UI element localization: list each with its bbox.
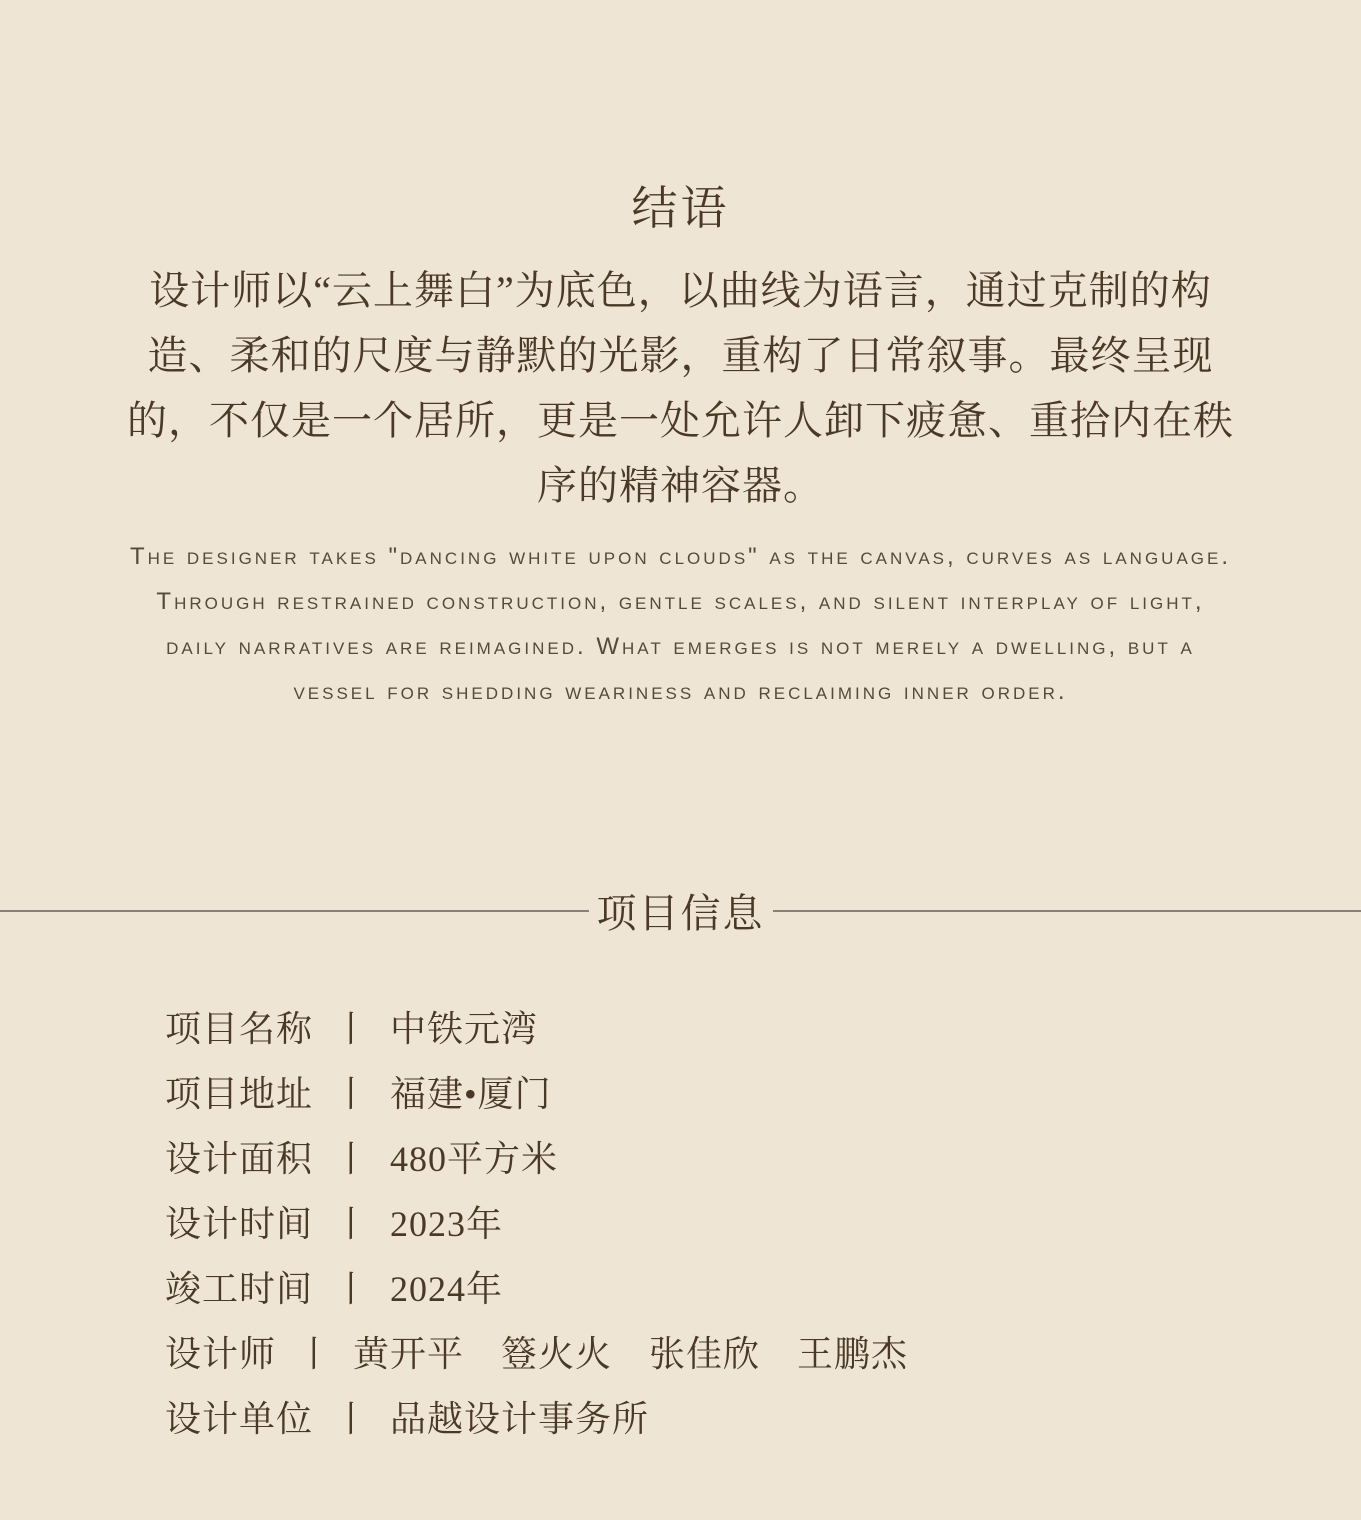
project-info-section-title: 项目信息 [597,882,765,939]
info-label: 项目名称 [165,1009,313,1049]
conclusion-paragraph-cn: 设计师以“云上舞白”为底色，以曲线为语言，通过克制的构造、柔和的尺度与静默的光影… [120,258,1242,518]
project-info-divider: 项目信息 [0,882,1361,939]
info-separator: 丨 [333,1009,370,1049]
info-value: 中铁元湾 [390,1009,538,1049]
conclusion-section: 结语 设计师以“云上舞白”为底色，以曲线为语言，通过克制的构造、柔和的尺度与静默… [0,0,1361,714]
info-row-design-time: 设计时间 丨 2023年 [165,1204,1361,1244]
info-value: 黄开平 簦火火 张佳欣 王鹏杰 [353,1334,908,1374]
info-separator: 丨 [333,1269,370,1309]
info-separator: 丨 [333,1204,370,1244]
info-label: 设计时间 [165,1204,313,1244]
info-label: 设计面积 [165,1139,313,1179]
info-separator: 丨 [333,1399,370,1439]
info-value: 2023年 [390,1204,503,1244]
conclusion-title: 结语 [0,172,1361,238]
info-row-project-address: 项目地址 丨 福建•厦门 [165,1074,1361,1114]
info-label: 项目地址 [165,1074,313,1114]
info-value: 品越设计事务所 [390,1399,649,1439]
page: 结语 设计师以“云上舞白”为底色，以曲线为语言，通过克制的构造、柔和的尺度与静默… [0,0,1361,1520]
project-info-section: 项目名称 丨 中铁元湾 项目地址 丨 福建•厦门 设计面积 丨 480平方米 设… [0,939,1361,1439]
info-label: 设计单位 [165,1399,313,1439]
divider-line-right [773,910,1361,912]
info-label: 设计师 [165,1334,276,1374]
info-value: 2024年 [390,1269,503,1309]
divider-line-left [0,910,589,912]
info-row-project-name: 项目名称 丨 中铁元湾 [165,1009,1361,1049]
info-value: 福建•厦门 [390,1074,552,1114]
info-row-design-firm: 设计单位 丨 品越设计事务所 [165,1399,1361,1439]
info-separator: 丨 [333,1139,370,1179]
info-separator: 丨 [333,1074,370,1114]
info-value: 480平方米 [390,1139,558,1179]
conclusion-paragraph-en: The designer takes "dancing white upon c… [126,534,1236,714]
info-row-completion-time: 竣工时间 丨 2024年 [165,1269,1361,1309]
info-label: 竣工时间 [165,1269,313,1309]
info-row-design-area: 设计面积 丨 480平方米 [165,1139,1361,1179]
info-row-designers: 设计师 丨 黄开平 簦火火 张佳欣 王鹏杰 [165,1334,1361,1374]
info-separator: 丨 [296,1334,333,1374]
